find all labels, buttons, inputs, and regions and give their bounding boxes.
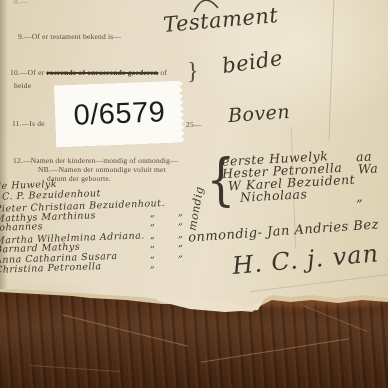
paper-crease bbox=[329, 0, 336, 140]
form-item-10: 10.—Of er roerende of onroerende goedere… bbox=[10, 68, 167, 77]
answer-testament: Testament bbox=[162, 3, 279, 37]
form-item-9: 9.—Of er testament bekend is— bbox=[18, 32, 121, 41]
form-item-11-end: 25— bbox=[186, 120, 202, 129]
form-item-10-prefix: 10.—Of er bbox=[10, 68, 46, 77]
printed-brace: } bbox=[187, 59, 199, 86]
archive-reference-label: 0/6579 bbox=[54, 81, 185, 148]
child-name-right: Nicholaas bbox=[240, 186, 308, 205]
ditto-mark: „ bbox=[150, 217, 156, 228]
wood-scratch bbox=[201, 338, 349, 362]
ditto-mark: „ bbox=[178, 216, 184, 227]
ditto-mark: „ bbox=[150, 259, 156, 270]
ditto-mark: „ bbox=[178, 237, 184, 248]
ditto-mark: „ bbox=[150, 238, 156, 249]
form-item-12-line1: 12.—Namen der kinderen—mondig of onmondi… bbox=[13, 156, 178, 165]
form-item-12-line2: NB.—Namen der onmondige voluit met bbox=[38, 165, 166, 174]
form-item-8-partial: 8.— bbox=[14, 0, 28, 6]
form-item-11: 11.—Is de bbox=[12, 119, 45, 128]
ditto-mark: „ bbox=[356, 189, 364, 204]
child-name-left: Johannes„„ bbox=[0, 221, 43, 234]
wood-scratch bbox=[30, 365, 120, 372]
answer-beide: beide bbox=[221, 46, 285, 78]
photo-of-document: 8.— 9.—Of er testament bekend is— 10.—Of… bbox=[0, 0, 388, 388]
form-item-10-line2: beide bbox=[14, 81, 31, 90]
form-item-10-suffix: of bbox=[158, 68, 167, 77]
child-name-right-trail: Wa bbox=[358, 160, 379, 176]
name-text: Johannes bbox=[0, 221, 43, 234]
answer-boven: Boven bbox=[227, 101, 291, 127]
wood-scratch bbox=[62, 314, 188, 346]
ditto-mark: „ bbox=[178, 248, 184, 259]
wood-scratch bbox=[302, 305, 367, 332]
archive-number: 0/6579 bbox=[73, 96, 166, 132]
mondig-vertical-note: mondig bbox=[186, 185, 207, 231]
form-item-10-struckthrough: roerende of onroerende goederen bbox=[46, 68, 158, 77]
